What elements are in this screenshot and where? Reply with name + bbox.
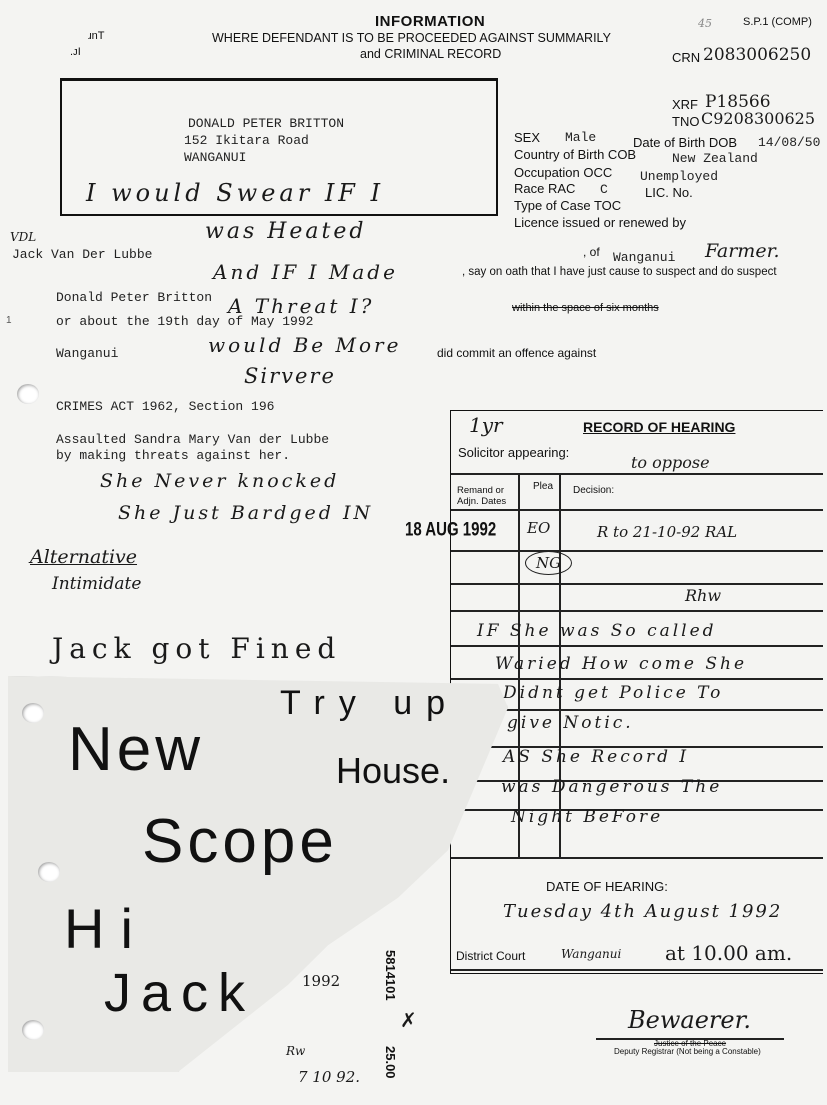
defendant-name: Donald Peter Britton	[56, 290, 212, 305]
informant-initials: VDL	[10, 230, 36, 244]
form-subtitle: and CRIMINAL RECORD	[360, 47, 501, 61]
solicitor-value: to oppose	[631, 453, 710, 472]
sex-label: SEX	[514, 130, 540, 145]
decision-value: Didnt get Police To	[503, 683, 723, 703]
receipt-mark-icon: ✗	[400, 1008, 417, 1032]
corner-fragment: ɹnT	[88, 30, 105, 42]
decision-value: Waried How come She	[495, 654, 747, 674]
col-plea: Plea	[533, 481, 553, 492]
lic-label: LIC. No.	[645, 185, 693, 200]
handwritten-note: She Just Bardged IN	[118, 502, 373, 524]
decision-value: give Notic.	[507, 713, 634, 733]
informant-name: Jack Van Der Lubbe	[12, 247, 152, 262]
handwritten-note: Sirvere	[244, 364, 336, 388]
occupation-handwritten: Farmer.	[705, 240, 780, 262]
xrf-label: XRF	[672, 97, 698, 112]
of-place: Wanganui	[613, 250, 675, 265]
handwritten-note: Jack got Fined	[52, 632, 341, 665]
handwritten-note: She Never knocked	[100, 470, 339, 492]
decision-value: AS She Record I	[503, 747, 689, 767]
offence-text: did commit an offence against	[437, 346, 596, 360]
tno-label: TNO	[672, 114, 699, 129]
torn-note-text: Scope	[142, 806, 338, 877]
receipt-year: 1992	[302, 972, 340, 990]
receipt-number: 5814101	[383, 950, 398, 1001]
occ-value: Unemployed	[640, 169, 718, 184]
occ-label: Occupation OCC	[514, 165, 612, 180]
charge-line: Assaulted Sandra Mary Van der Lubbe	[56, 432, 329, 447]
of-label: , of	[583, 245, 600, 259]
form-title: INFORMATION	[375, 13, 485, 30]
receipt-date: 7 10 92.	[298, 1068, 360, 1086]
race-value: C	[600, 182, 608, 197]
handwritten-note: was Heated	[205, 219, 367, 244]
punch-hole	[22, 1020, 44, 1040]
decision-value: Rhw	[685, 586, 721, 605]
decision-value: was Dangerous The	[501, 777, 722, 797]
handwritten-note: Alternative	[30, 546, 137, 568]
col-remand: Remand or Adjn. Dates	[457, 485, 513, 507]
col-decision: Decision:	[573, 485, 614, 496]
torn-note-text: Jack	[104, 962, 255, 1024]
form-code: S.P.1 (COMP)	[743, 16, 812, 28]
torn-note-text: House.	[336, 750, 450, 792]
receipt-initials: Rw	[286, 1044, 305, 1058]
handwritten-note: 1yr	[469, 413, 503, 437]
handwritten-note: Intimidate	[52, 574, 141, 594]
date-of-hearing-value: Tuesday 4th August 1992	[503, 901, 782, 922]
solicitor-label: Solicitor appearing:	[458, 445, 569, 460]
punch-hole	[17, 384, 39, 404]
handwritten-number: 45	[698, 17, 712, 30]
torn-note: Try up New House. Scope Hi Jack	[8, 676, 508, 1072]
plea-value: EO	[527, 519, 550, 537]
date-line: or about the 19th day of May 1992	[56, 314, 313, 329]
punch-hole	[38, 862, 60, 882]
licence-label: Licence issued or renewed by	[514, 215, 686, 230]
decision-value: R to 21-10-92 RAL	[597, 523, 737, 541]
signature: Bewaerer.	[628, 1006, 751, 1034]
punch-hole	[22, 703, 44, 723]
sex-value: Male	[565, 130, 596, 145]
charge-line: by making threats against her.	[56, 448, 290, 463]
court-label: District Court	[456, 949, 525, 963]
torn-note-text: Try up	[280, 684, 459, 723]
receipt-amount: 25.00	[383, 1046, 398, 1079]
torn-note-text: Hi	[64, 896, 149, 961]
act-section: CRIMES ACT 1962, Section 196	[56, 399, 274, 414]
crn-value: 2083006250	[703, 45, 811, 65]
hearing-time: at 10.00 am.	[665, 941, 792, 965]
margin-mark: 1	[6, 315, 12, 326]
date-of-hearing-label: DATE OF HEARING:	[546, 879, 668, 894]
decision-value: Night BeFore	[511, 807, 663, 827]
dob-value: 14/08/50	[758, 135, 820, 150]
tno-value: C9208300625	[701, 109, 815, 128]
cob-label: Country of Birth COB	[514, 147, 636, 162]
form-subtitle: WHERE DEFENDANT IS TO BE PROCEEDED AGAIN…	[212, 31, 611, 45]
cob-value: New Zealand	[672, 151, 758, 166]
record-title: RECORD OF HEARING	[583, 419, 735, 435]
court-place: Wanganui	[561, 947, 621, 961]
toc-label: Type of Case TOC	[514, 198, 621, 213]
struck-text: within the space of six months	[512, 302, 659, 314]
torn-note-text: New	[68, 714, 204, 785]
corner-fragment: .ᴊI	[70, 46, 81, 58]
decision-value: IF She was So called	[477, 621, 717, 641]
handwritten-note: And IF I Made	[213, 260, 398, 284]
crn-label: CRN	[672, 50, 700, 65]
date-stamp: 18 AUG 1992	[405, 518, 496, 540]
addressee-name: DONALD PETER BRITTON	[188, 116, 344, 131]
address-box: DONALD PETER BRITTON 152 Ikitara Road WA…	[60, 78, 498, 216]
plea-value: NG	[525, 551, 572, 575]
addressee-street: 152 Ikitara Road	[184, 133, 309, 148]
signature-role: Deputy Registrar (Not being a Constable)	[614, 1047, 761, 1056]
place: Wanganui	[56, 346, 118, 361]
addressee-city: WANGANUI	[184, 150, 246, 165]
race-label: Race RAC	[514, 181, 575, 196]
handwritten-note: I would Swear IF I	[86, 179, 384, 207]
record-of-hearing: 1yr RECORD OF HEARING Solicitor appearin…	[450, 410, 823, 974]
dob-label: Date of Birth DOB	[633, 135, 737, 150]
oath-text: , say on oath that I have just cause to …	[462, 266, 777, 278]
handwritten-note: would Be More	[208, 333, 401, 357]
